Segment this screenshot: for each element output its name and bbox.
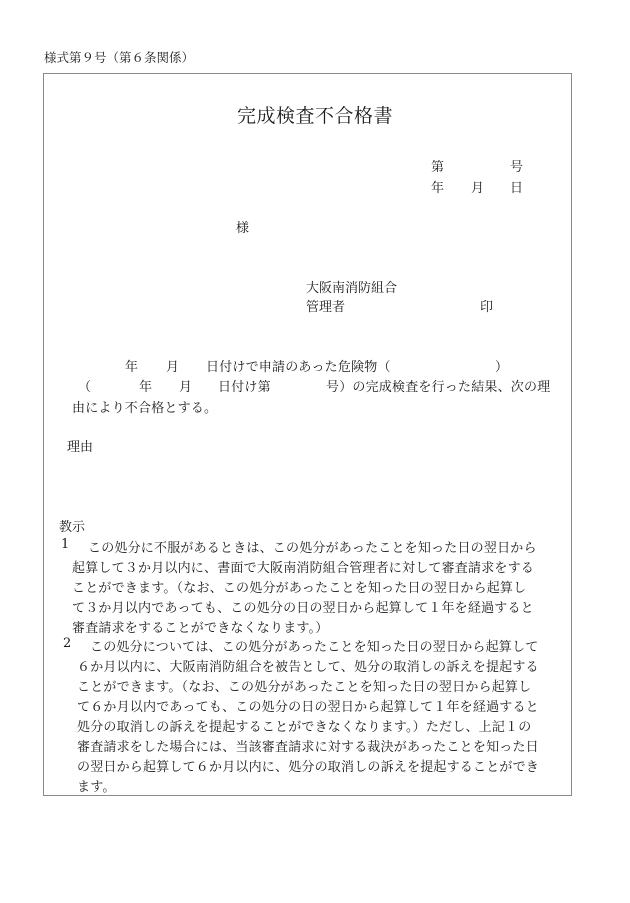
date-day: 日 <box>510 177 523 196</box>
instruction-item2-line: 審査請求をした場合には、当該審査請求に対する裁決があったことを知った日 <box>77 736 539 755</box>
instruction-item2-number: 2 <box>63 636 71 651</box>
body-line1-year: 年 <box>125 356 138 375</box>
body-line2-text-b: 号）の完成検査を行った結果、次の理 <box>326 376 550 395</box>
instruction-item1-line: 起算して３か月以内に、書面で大阪南消防組合管理者に対して審査請求をする <box>72 557 534 576</box>
instruction-item2-line: 処分の取消しの訴えを提起することができなくなります。）ただし、上記１の <box>77 716 531 735</box>
body-line2-month: 月 <box>179 376 192 395</box>
date-month: 月 <box>471 177 484 196</box>
date-year: 年 <box>431 177 444 196</box>
instruction-item1-line: て３か月以内であっても、この処分の日の翌日から起算して１年を経過すると <box>72 597 534 616</box>
body-line3: 由により不合格とする。 <box>72 397 217 416</box>
body-line2-text-a: 日付け第 <box>218 376 271 395</box>
body-line1-close-paren: ） <box>495 356 508 375</box>
instruction-heading: 教示 <box>59 516 85 535</box>
instruction-item1-line: ことができます。（なお、この処分があったことを知った日の翌日から起算し <box>72 577 526 596</box>
instruction-item1-line: この処分に不服があるときは、この処分があったことを知った日の翌日から <box>88 537 537 556</box>
instruction-item2-line: ことができます。（なお、この処分があったことを知った日の翌日から起算し <box>77 676 531 695</box>
number-prefix: 第 <box>431 156 444 175</box>
body-line1-month: 月 <box>166 356 179 375</box>
instruction-item2-line: ます。 <box>77 776 116 795</box>
issuer-role: 管理者 <box>306 296 345 315</box>
body-line2-year: 年 <box>139 376 152 395</box>
reason-label: 理由 <box>67 436 93 455</box>
seal-mark: 印 <box>480 296 493 315</box>
instruction-item2-line: の翌日から起算して６か月以内に、処分の取消しの訴えを提起することができ <box>77 756 539 775</box>
recipient-suffix: 様 <box>236 217 249 236</box>
body-line2-open-paren: （ <box>78 376 91 395</box>
form-label: 様式第９号（第６条関係） <box>44 48 194 66</box>
instruction-item2-line: て６か月以内であっても、この処分の日の翌日から起算して１年を経過すると <box>77 696 539 715</box>
number-suffix: 号 <box>510 156 523 175</box>
issuer-organization: 大阪南消防組合 <box>306 277 397 296</box>
instruction-item2-line: この処分については、この処分があったことを知った日の翌日から起算して <box>90 636 538 655</box>
instruction-item2-line: ６か月以内に、大阪南消防組合を被告として、処分の取消しの訴えを提起する <box>77 656 539 675</box>
instruction-item1-number: 1 <box>61 537 69 552</box>
body-line1-text: 日付けで申請のあった危険物（ <box>206 356 391 375</box>
document-title: 完成検査不合格書 <box>0 101 630 128</box>
instruction-item1-line: 審査請求をすることができなくなります。） <box>72 617 328 636</box>
